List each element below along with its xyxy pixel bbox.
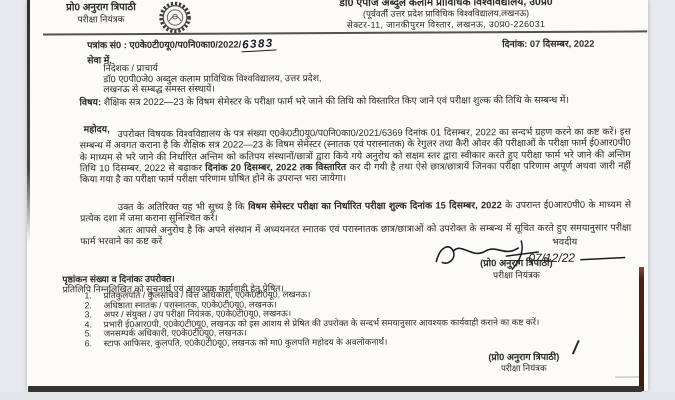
- para2-bold-text: विषम सेमेस्टर परीक्षा का निर्धारित परीक्…: [248, 200, 502, 211]
- subject-line: विषय: शैक्षिक सत्र 2022—23 के विषम सेमेस…: [79, 93, 631, 107]
- letterhead-university: डॉ0 एपीजे अब्दुल कलाम प्राविधिक विश्वविद…: [243, 0, 649, 31]
- scan-edge-right: [639, 267, 644, 391]
- body-paragraph-2: उक्त के अतिरिक्त यह भी सूच्य है कि विषम …: [80, 199, 631, 225]
- letter-content: प्रो0 अनुराग त्रिपाठी परीक्षा नियंत्रक ड…: [0, 0, 675, 400]
- body-paragraph-1: उपरोक्त विषयक विश्वविद्यालय के पत्र संख्…: [80, 126, 631, 186]
- subject-text: शैक्षिक सत्र 2022—23 के विषम सेमेस्टर के…: [101, 94, 569, 107]
- letterhead-officer: प्रो0 अनुराग त्रिपाठी परीक्षा नियंत्रक: [43, 2, 159, 26]
- letterhead-divider: [43, 30, 647, 35]
- item-text: स्टाफ आफिसर, कुलपति, ए0के0टी0यू0, लखनऊ क…: [104, 337, 388, 348]
- para1-bold-text: दिनांक 20 दिसम्बर, 2022 तक विस्तारित: [205, 162, 346, 173]
- signatory-name: (प्रो0 अनुराग त्रिपाठी): [443, 259, 589, 270]
- scanner-background: [0, 392, 675, 400]
- scan-artifact: [615, 376, 639, 379]
- scanned-letter: प्रो0 अनुराग त्रिपाठी परीक्षा नियंत्रक ड…: [0, 0, 675, 400]
- para2-text: उक्त के अतिरिक्त यह भी सूच्य है कि: [118, 201, 248, 212]
- addressee-line: डॉ0 ए0पी0जे0 अब्दुल कलाम प्राविधिक विश्व…: [103, 73, 321, 85]
- addressee-block: निदेशक / प्राचार्य डॉ0 ए0पी0जे0 अब्दुल क…: [103, 62, 321, 95]
- signatory-block: (प्रो0 अनुराग त्रिपाठी) परीक्षा नियंत्रक: [443, 259, 589, 280]
- date-line: दिनांक: 07 दिसम्बर, 2022: [502, 37, 594, 50]
- handwritten-ref-number: 6383: [241, 37, 276, 52]
- officer-name: प्रो0 अनुराग त्रिपाठी: [43, 2, 159, 15]
- reference-label: पत्रांक सं0 : ए0के0टी0यू0/प0नि0का0/2022/: [87, 40, 241, 51]
- footer-signatory-block: (प्रो0 अनुराग त्रिपाठी) परीक्षा नियंत्रक: [449, 352, 599, 373]
- subject-label: विषय:: [79, 96, 101, 107]
- footer-signatory-title: परीक्षा नियंत्रक: [449, 362, 599, 373]
- addressee-line: लखनऊ से सम्बद्ध समस्त संस्थायें।: [103, 83, 321, 95]
- signatory-title: परीक्षा नियंत्रक: [443, 269, 589, 280]
- university-address: सेक्टर-11, जानकीपुरम विस्तार, लखनऊ, उ0प्…: [243, 18, 649, 31]
- endorsement-list: 1. प्रतिकुलपति / कुलसचिव / वित्त अधिकारी…: [84, 288, 632, 348]
- endorsement-item: 6. स्टाफ आफिसर, कुलपति, ए0के0टी0यू0, लखन…: [85, 336, 633, 348]
- footer-signatory-name: (प्रो0 अनुराग त्रिपाठी): [449, 352, 599, 363]
- reference-number-line: पत्रांक सं0 : ए0के0टी0यू0/प0नि0का0/2022/…: [87, 37, 276, 52]
- officer-title: परीक्षा नियंत्रक: [43, 14, 159, 26]
- item-number: 6.: [85, 339, 92, 349]
